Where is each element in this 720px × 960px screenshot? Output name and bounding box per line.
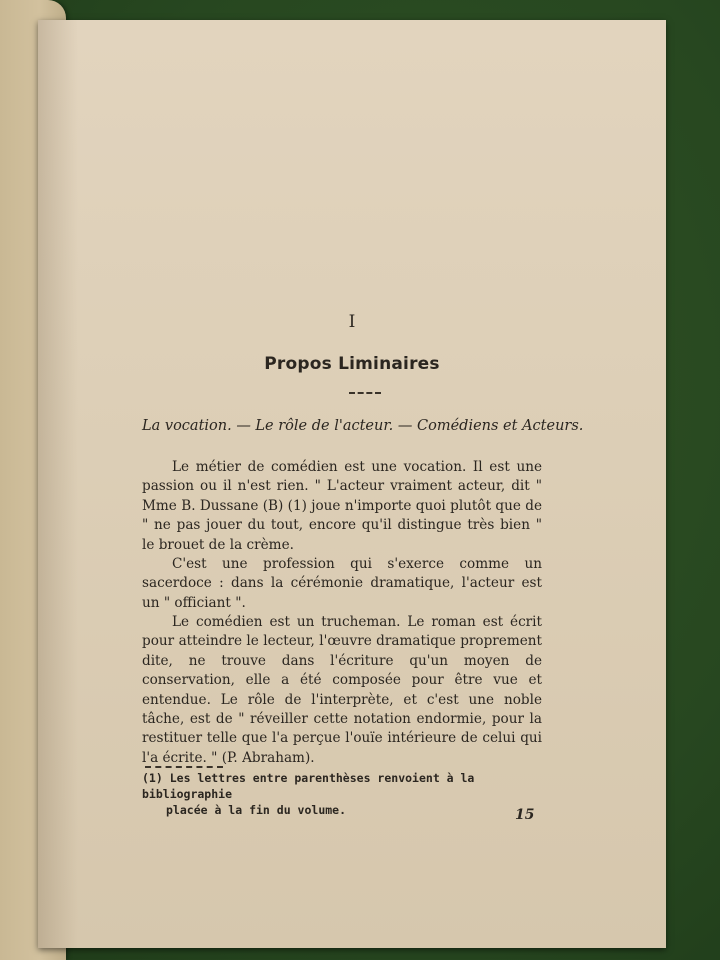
footnote-text-line1: Les lettres entre parenthèses renvoient … bbox=[142, 771, 474, 801]
section-subtitle: La vocation. — Le rôle de l'acteur. — Co… bbox=[142, 418, 583, 434]
title-ornament bbox=[349, 388, 381, 394]
footnote-rule bbox=[145, 763, 223, 768]
body-text-block-2: Le comédien est un trucheman. Le roman e… bbox=[142, 613, 542, 768]
page-number: 15 bbox=[515, 807, 534, 823]
paragraph: Le comédien est un trucheman. Le roman e… bbox=[142, 613, 542, 768]
paragraph: C'est une profession qui s'exerce comme … bbox=[142, 555, 542, 613]
footnote-text-line2: placée à la fin du volume. bbox=[142, 802, 542, 818]
footnote-marker: (1) bbox=[142, 771, 163, 785]
chapter-title: Propos Liminaires bbox=[38, 354, 666, 374]
chapter-number: I bbox=[38, 312, 666, 332]
body-text-block-1: Le métier de comédien est une vocation. … bbox=[142, 458, 542, 613]
book-page: I Propos Liminaires La vocation. — Le rô… bbox=[38, 20, 666, 948]
paragraph: Le métier de comédien est une vocation. … bbox=[142, 458, 542, 555]
footnote: (1) Les lettres entre parenthèses renvoi… bbox=[142, 770, 542, 818]
gutter-shadow bbox=[38, 20, 78, 948]
